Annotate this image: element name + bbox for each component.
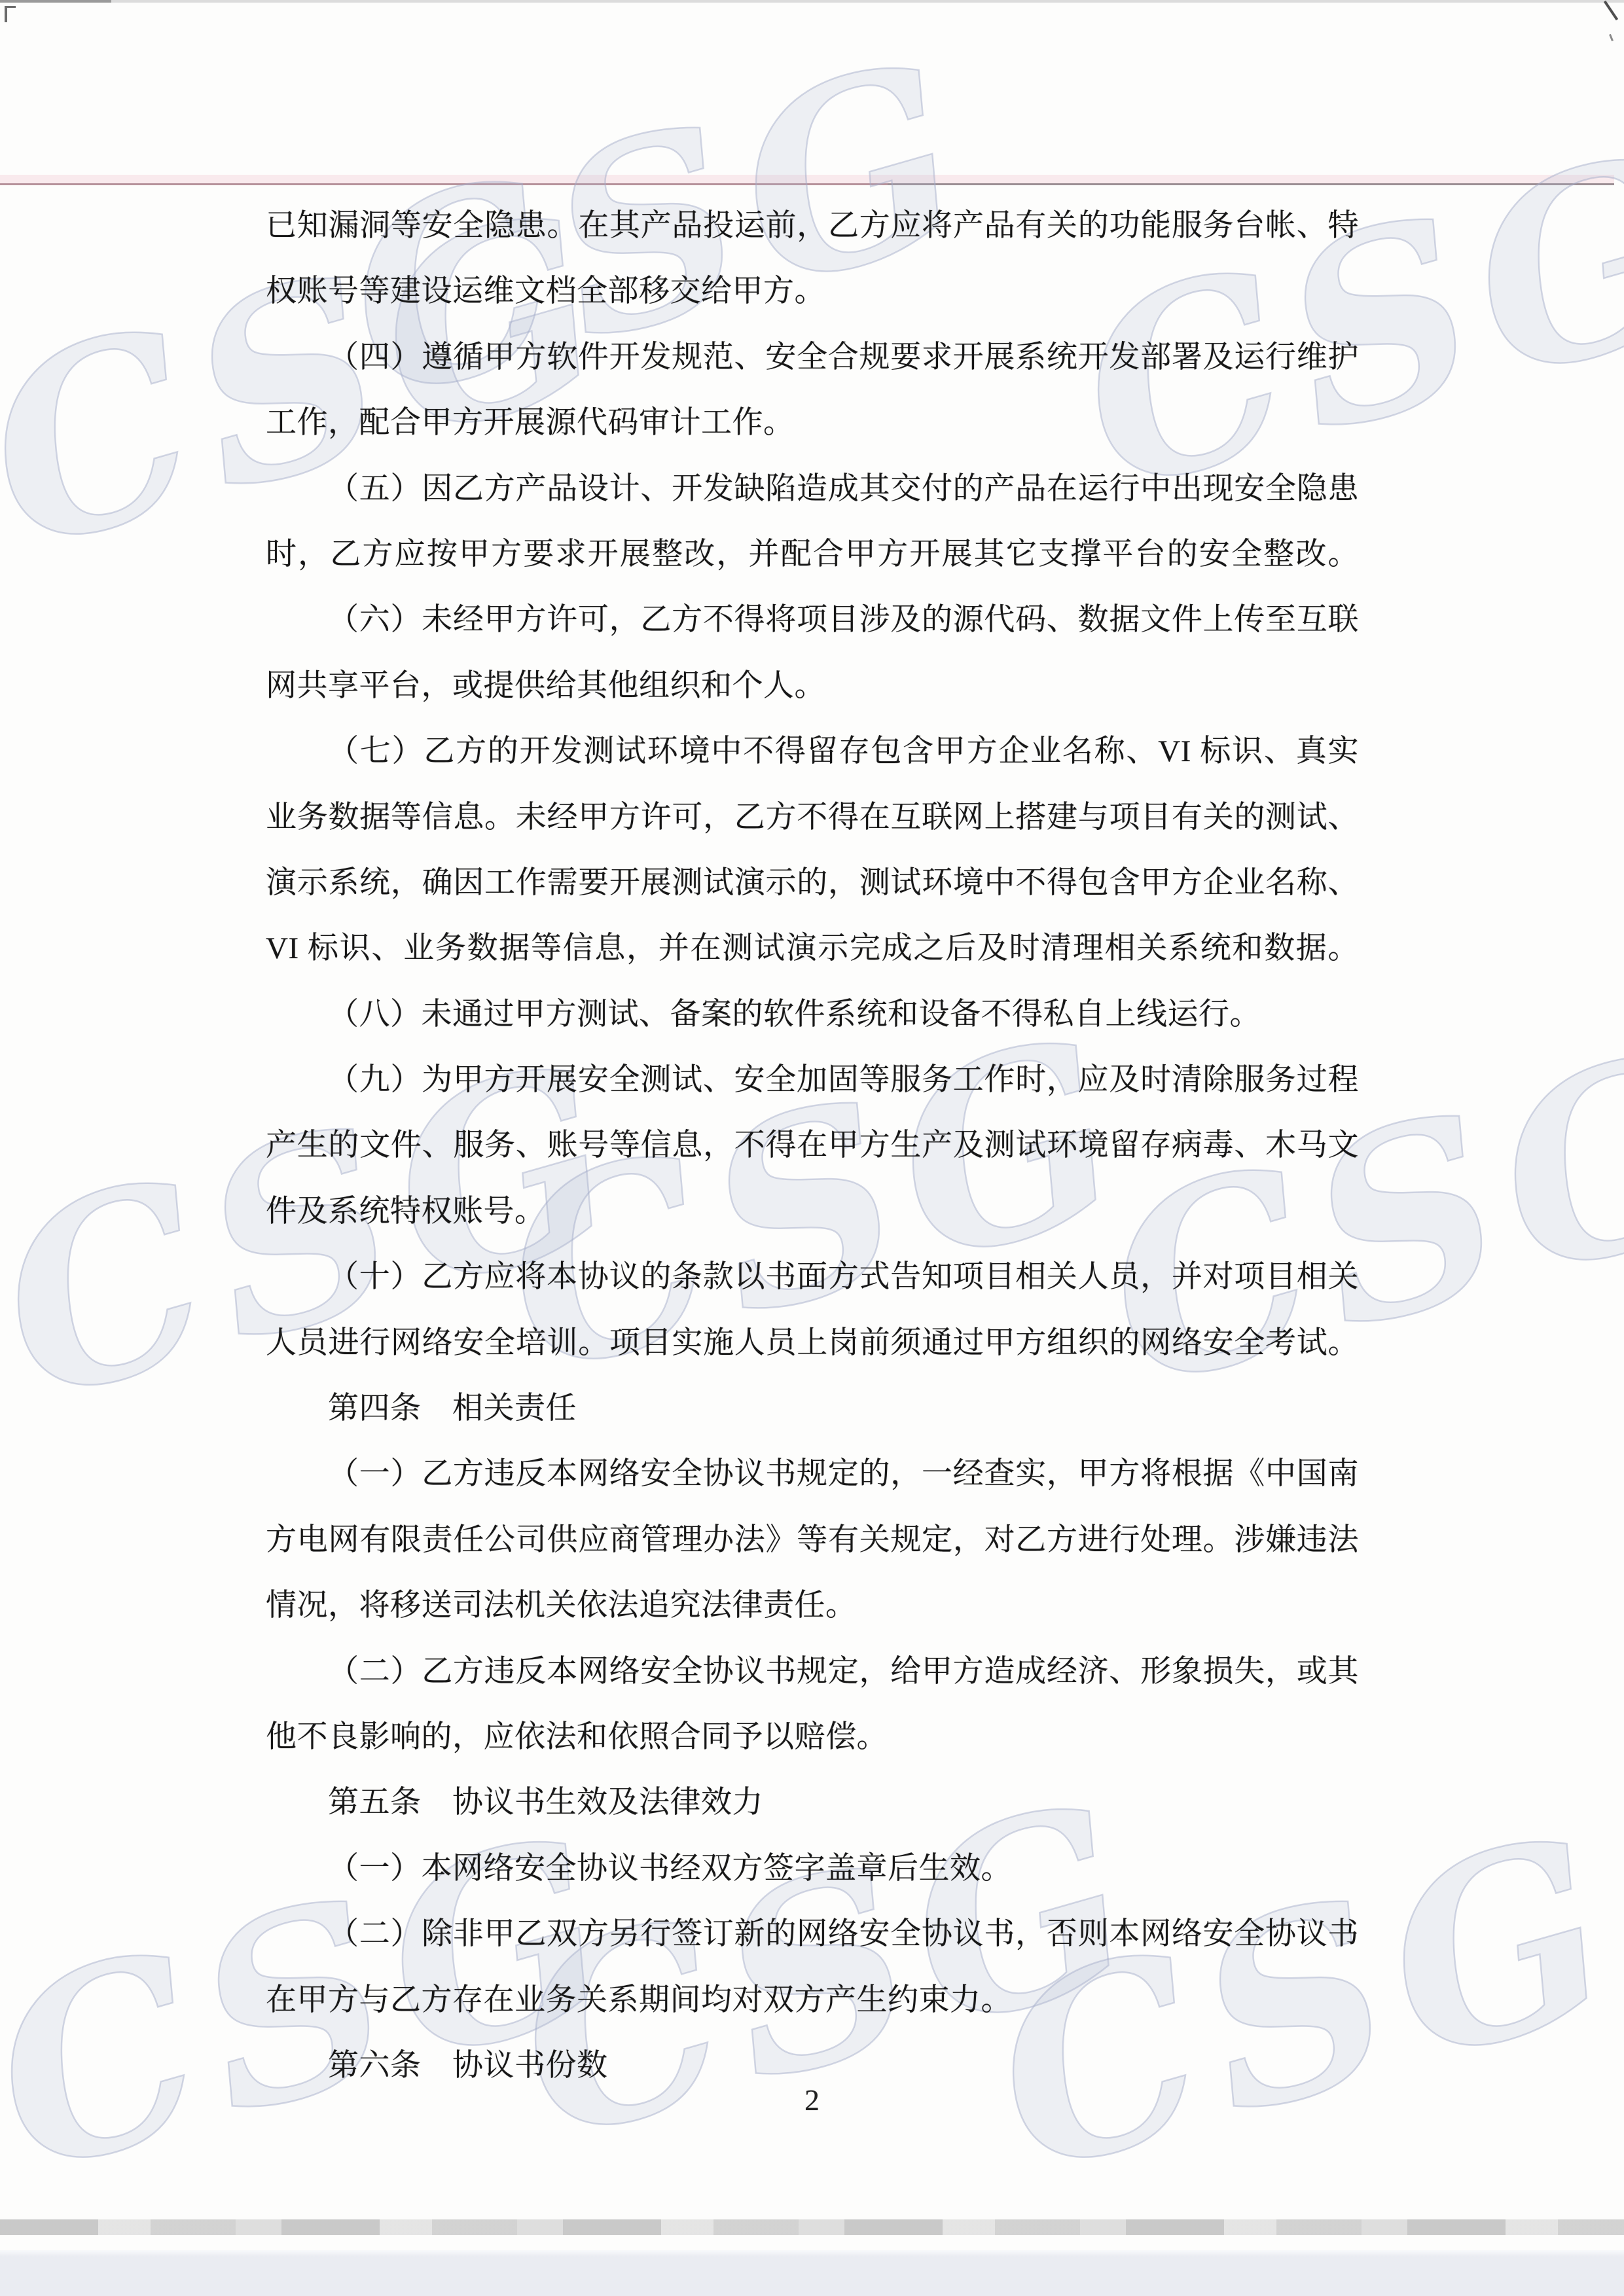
document-line: （五）因乙方产品设计、开发缺陷造成其交付的产品在运行中出现安全隐患 [266, 456, 1359, 522]
document-line: （一）乙方违反本网络安全协议书规定的，一经查实，甲方将根据《中国南 [266, 1441, 1359, 1507]
document-line: （二）除非甲乙双方另行签订新的网络安全协议书，否则本网络安全协议书 [266, 1901, 1359, 1967]
scan-corner-diagonal-mark [1604, 1, 1618, 20]
document-line: （十）乙方应将本协议的条款以书面方式告知项目相关人员，并对项目相关 [266, 1244, 1359, 1310]
document-line: 情况，将移送司法机关依法追究法律责任。 [266, 1573, 1359, 1638]
scanned-document-page: CSGCSGCSGCSGCSGCSGCSGCSGCSG 已知漏洞等安全隐患。在其… [0, 0, 1624, 2296]
document-line: （一）本网络安全协议书经双方签字盖章后生效。 [266, 1836, 1359, 1901]
document-line: 人员进行网络安全培训。项目实施人员上岗前须通过甲方组织的网络安全考试。 [266, 1310, 1359, 1376]
document-line: （六）未经甲方许可，乙方不得将项目涉及的源代码、数据文件上传至互联 [266, 587, 1359, 653]
document-line: 业务数据等信息。未经甲方许可，乙方不得在互联网上搭建与项目有关的测试、 [266, 785, 1359, 850]
document-line: 第四条 相关责任 [266, 1376, 1359, 1441]
header-divider-line [0, 183, 1614, 185]
document-line: 产生的文件、服务、账号等信息，不得在甲方生产及测试环境留存病毒、木马文 [266, 1113, 1359, 1178]
document-line: 工作，配合甲方开展源代码审计工作。 [266, 390, 1359, 456]
scan-top-edge [0, 0, 1624, 3]
document-line: （四）遵循甲方软件开发规范、安全合规要求开展系统开发部署及运行维护 [266, 325, 1359, 390]
scan-bottom-band-light [0, 2250, 1624, 2296]
document-line: （二）乙方违反本网络安全协议书规定，给甲方造成经济、形象损失，或其 [266, 1639, 1359, 1704]
document-line: 第五条 协议书生效及法律效力 [266, 1770, 1359, 1835]
document-line: 已知漏洞等安全隐患。在其产品投运前，乙方应将产品有关的功能服务台帐、特 [266, 193, 1359, 259]
document-line: 方电网有限责任公司供应商管理办法》等有关规定，对乙方进行处理。涉嫌违法 [266, 1507, 1359, 1573]
header-divider-glow [0, 175, 1614, 183]
document-line: 网共享平台，或提供给其他组织和个人。 [266, 653, 1359, 719]
document-line: 权账号等建设运维文档全部移交给甲方。 [266, 259, 1359, 324]
scan-corner-bracket-mark [5, 6, 16, 22]
document-line: VI 标识、业务数据等信息，并在测试演示完成之后及时清理相关系统和数据。 [266, 916, 1359, 981]
document-line: 时，乙方应按甲方要求开展整改，并配合甲方开展其它支撑平台的安全整改。 [266, 522, 1359, 587]
page-number: 2 [0, 2083, 1624, 2117]
scan-corner-tick-mark [1609, 34, 1614, 41]
document-line: （八）未通过甲方测试、备案的软件系统和设备不得私自上线运行。 [266, 982, 1359, 1047]
document-line: 他不良影响的，应依法和依照合同予以赔偿。 [266, 1704, 1359, 1770]
document-line: （七）乙方的开发测试环境中不得留存包含甲方企业名称、VI 标识、真实 [266, 719, 1359, 784]
scan-top-edge-dark-segment [0, 0, 111, 3]
document-body: 已知漏洞等安全隐患。在其产品投运前，乙方应将产品有关的功能服务台帐、特权账号等建… [266, 193, 1359, 2098]
scan-bottom-band-dark [0, 2219, 1624, 2235]
document-line: 在甲方与乙方存在业务关系期间均对双方产生约束力。 [266, 1967, 1359, 2033]
document-line: 件及系统特权账号。 [266, 1179, 1359, 1244]
document-line: 演示系统，确因工作需要开展测试演示的，测试环境中不得包含甲方企业名称、 [266, 850, 1359, 916]
document-line: （九）为甲方开展安全测试、安全加固等服务工作时，应及时清除服务过程 [266, 1047, 1359, 1113]
